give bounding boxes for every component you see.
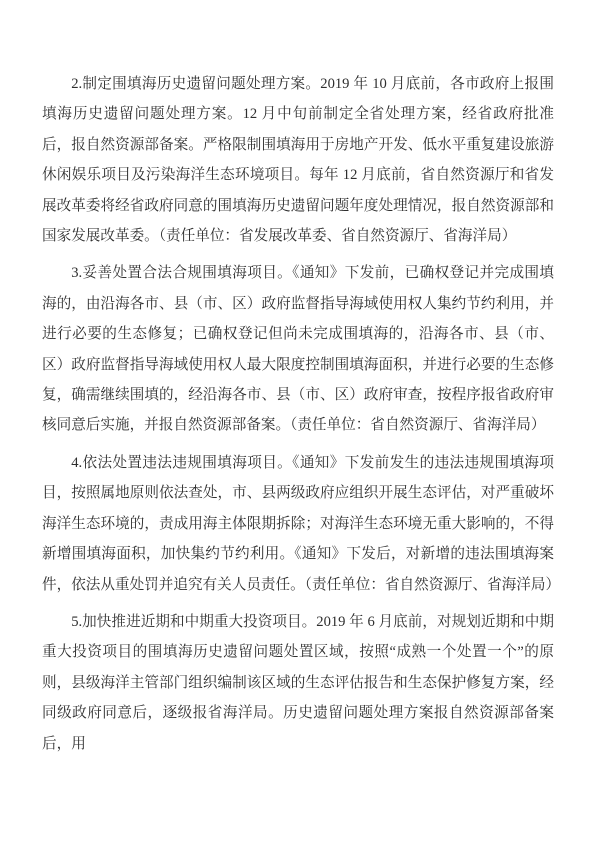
paragraph-item-4: 4.依法处置违法违规围填海项目。《通知》下发前发生的违法违规围填海项目，按照属地…	[42, 448, 554, 600]
paragraph-item-5: 5.加快推进近期和中期重大投资项目。2019 年 6 月底前，对规划近期和中期重…	[42, 607, 554, 759]
paragraph-item-2: 2.制定围填海历史遗留问题处理方案。2019 年 10 月底前，各市政府上报围填…	[42, 69, 554, 251]
document-page: 2.制定围填海历史遗留问题处理方案。2019 年 10 月底前，各市政府上报围填…	[0, 0, 595, 841]
document-body: 2.制定围填海历史遗留问题处理方案。2019 年 10 月底前，各市政府上报围填…	[42, 69, 554, 759]
paragraph-item-3: 3.妥善处置合法合规围填海项目。《通知》下发前，已确权登记并完成围填海的，由沿海…	[42, 258, 554, 440]
